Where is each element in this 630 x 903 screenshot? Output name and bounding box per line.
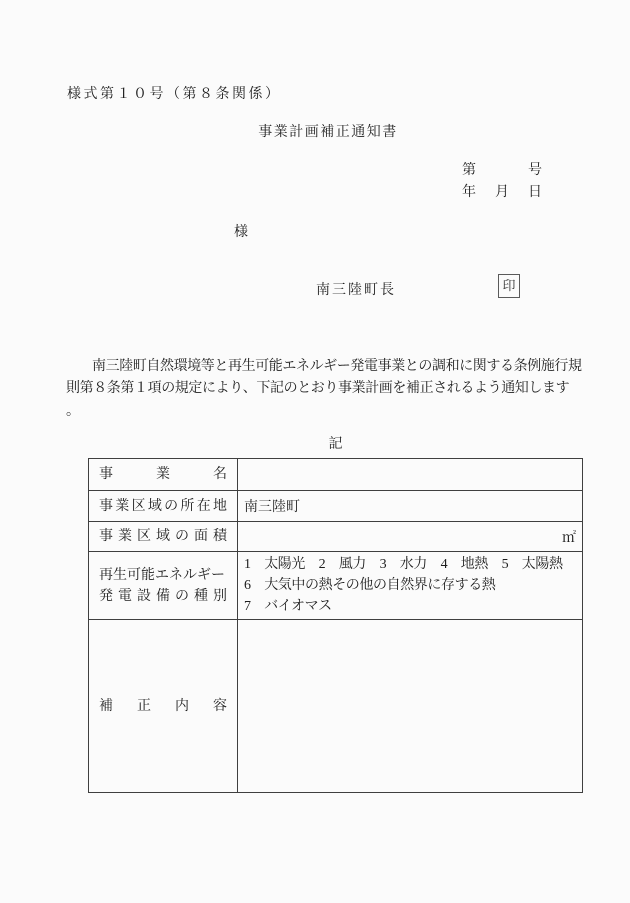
row-value-equipment-options: 1 太陽光 2 風力 3 水力 4 地熱 5 太陽熱 6 大気中の熱その他の自然… bbox=[238, 552, 583, 620]
row-label-equipment-type: 再生可能エネルギー 発電設備の種別 bbox=[89, 552, 238, 620]
equipment-option-line-3: 7 バイオマス bbox=[244, 596, 576, 617]
addressee-suffix: 様 bbox=[234, 221, 248, 241]
date-day-label: 日 bbox=[528, 181, 542, 201]
table-row-location: 事業区域の所在地 南三陸町 bbox=[89, 491, 583, 522]
date-line: 年 月 日 bbox=[462, 181, 542, 201]
document-title: 事業計画補正通知書 bbox=[68, 121, 588, 141]
row-value-business-name bbox=[238, 459, 583, 491]
table-row-equipment-type: 再生可能エネルギー 発電設備の種別 1 太陽光 2 風力 3 水力 4 地熱 5… bbox=[89, 552, 583, 620]
equipment-option-line-2: 6 大気中の熱その他の自然界に存する熱 bbox=[244, 575, 576, 596]
row-value-correction-content bbox=[238, 620, 583, 793]
body-line-1: 南三陸町自然環境等と再生可能エネルギー発電事業との調和に関する条例施行規 bbox=[66, 356, 582, 378]
date-month-label: 月 bbox=[495, 181, 509, 201]
row-label-business-name: 事業名 bbox=[89, 459, 238, 491]
table-row-correction-content: 補正内容 bbox=[89, 620, 583, 793]
row-label-location: 事業区域の所在地 bbox=[89, 491, 238, 522]
doc-number-suffix: 号 bbox=[528, 159, 542, 179]
body-line-3: 。 bbox=[66, 401, 582, 423]
sender-name: 南三陸町長 bbox=[316, 279, 396, 299]
row-label-correction-content: 補正内容 bbox=[89, 620, 238, 793]
document-number-line: 第 号 bbox=[462, 159, 542, 179]
document-page: 様式第１０号（第８条関係） 事業計画補正通知書 第 号 年 月 日 様 南三陸町… bbox=[0, 0, 630, 903]
table-row-business-name: 事業名 bbox=[89, 459, 583, 491]
doc-number-prefix: 第 bbox=[462, 159, 476, 179]
ki-heading: 記 bbox=[88, 436, 583, 454]
seal-stamp: 印 bbox=[498, 274, 520, 298]
business-plan-table: 事業名 事業区域の所在地 南三陸町 事業区域の面積 ㎡ 再生可能エネルギー bbox=[88, 458, 583, 793]
table-row-area: 事業区域の面積 ㎡ bbox=[89, 522, 583, 552]
body-paragraph: 南三陸町自然環境等と再生可能エネルギー発電事業との調和に関する条例施行規 則第８… bbox=[66, 356, 582, 423]
row-label-area: 事業区域の面積 bbox=[89, 522, 238, 552]
form-number: 様式第１０号（第８条関係） bbox=[67, 83, 282, 103]
date-year-label: 年 bbox=[462, 181, 476, 201]
row-value-area-unit: ㎡ bbox=[238, 522, 583, 552]
equipment-option-line-1: 1 太陽光 2 風力 3 水力 4 地熱 5 太陽熱 bbox=[244, 554, 576, 575]
body-line-2: 則第８条第１項の規定により、下記のとおり事業計画を補正されるよう通知します bbox=[66, 378, 582, 400]
row-value-location: 南三陸町 bbox=[238, 491, 583, 522]
